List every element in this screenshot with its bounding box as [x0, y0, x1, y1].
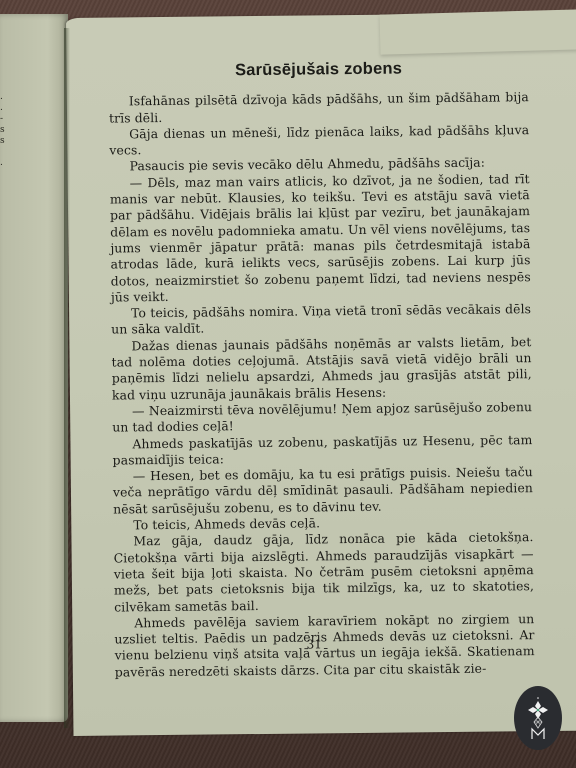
paragraph: Ahmeds paskatījās uz zobenu, paskatījās …: [112, 432, 532, 469]
left-page: . . - s s .: [0, 14, 68, 722]
right-page: Sarūsējušais zobens Isfahānas pilsētā dz…: [66, 13, 576, 736]
left-page-mark: .: [0, 103, 8, 114]
left-page-mark: s: [0, 125, 8, 136]
paragraph: — Hesen, bet es domāju, ka tu esi prātīg…: [113, 464, 533, 517]
paragraph: To teicis, pādšāhs nomira. Viņa vietā tr…: [111, 301, 531, 338]
paragraph: — Neaizmirsti tēva novēlējumu! Ņem apjoz…: [112, 399, 532, 436]
left-page-mark: .: [0, 158, 8, 169]
ornament-logo-icon: [523, 695, 553, 741]
page-content: Sarūsējušais zobens Isfahānas pilsētā dz…: [108, 59, 534, 680]
paragraph: Isfahānas pilsētā dzīvoja kāds pādšāhs, …: [109, 89, 529, 126]
left-page-text-edge: . . - s s .: [0, 92, 8, 169]
book-spine: [64, 28, 70, 728]
left-page-mark: s: [0, 136, 8, 147]
paragraph: — Dēls, maz man vairs atlicis, ko dzīvot…: [110, 171, 531, 306]
paragraph: Maz gāja, daudz gāja, līdz nonāca pie kā…: [113, 529, 534, 615]
page-edge-sheet: [380, 9, 576, 54]
paragraph: Ahmeds pavēlēja saviem karavīriem nokāpt…: [114, 611, 535, 681]
left-page-mark: .: [0, 92, 8, 103]
left-page-mark: [0, 147, 8, 158]
page-number: 31: [307, 637, 322, 651]
paragraph: Gāja dienas un mēneši, līdz pienāca laik…: [109, 122, 529, 159]
paragraph: Dažas dienas jaunais pādšāhs noņēmās ar …: [111, 334, 532, 404]
left-page-mark: -: [0, 114, 8, 125]
watermark-badge: [514, 686, 562, 750]
story-title: Sarūsējušais zobens: [108, 59, 528, 80]
